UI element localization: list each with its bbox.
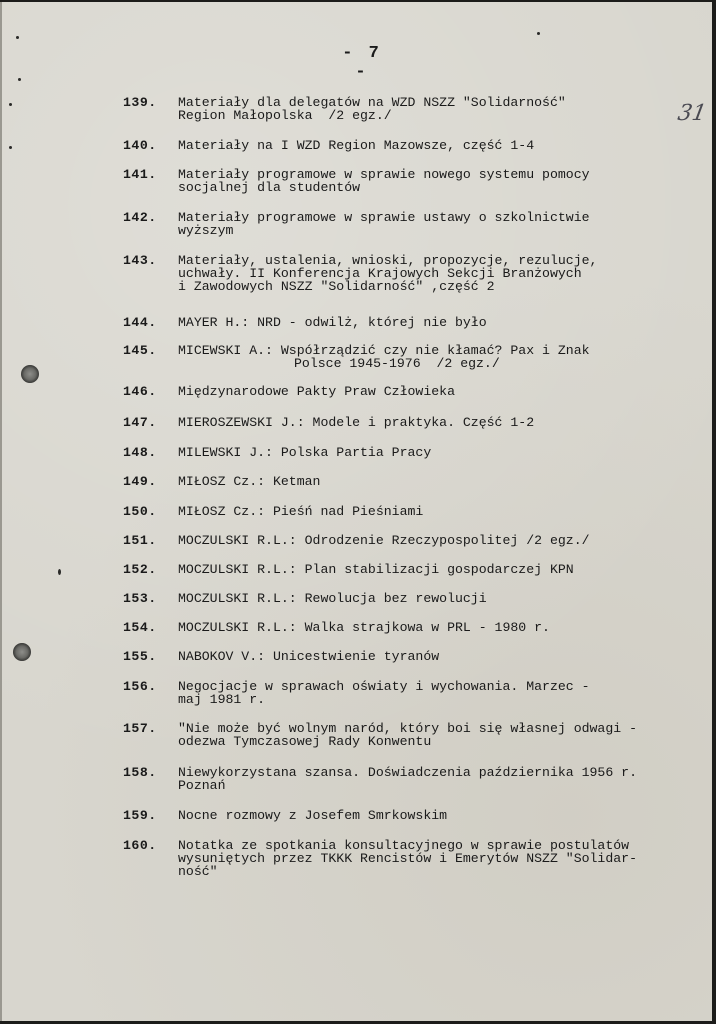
entry-line: MOCZULSKI R.L.: Walka strajkowa w PRL - … <box>178 621 716 634</box>
entry-title: Materiały programowe w sprawie ustawy o … <box>178 211 716 237</box>
entry-line: Polsce 1945-1976 /2 egz./ <box>178 357 716 370</box>
entry-title: MOCZULSKI R.L.: Rewolucja bez rewolucji <box>178 592 716 605</box>
entry-line: Nocne rozmowy z Josefem Smrkowskim <box>178 809 716 822</box>
entry-line: MOCZULSKI R.L.: Odrodzenie Rzeczypospoli… <box>178 534 716 547</box>
entry-title: MIŁOSZ Cz.: Ketman <box>178 475 716 488</box>
entry-line: Poznań <box>178 779 716 792</box>
entry-number: 154. <box>123 621 157 634</box>
entry-title: Negocjacje w sprawach oświaty i wychowan… <box>178 680 716 706</box>
speck <box>537 32 540 35</box>
entry-title: MIŁOSZ Cz.: Pieśń nad Pieśniami <box>178 505 716 518</box>
entry-line: Region Małopolska /2 egz./ <box>178 109 716 122</box>
entry-line: Międzynarodowe Pakty Praw Człowieka <box>178 385 716 398</box>
entry-number: 160. <box>123 839 157 852</box>
entry-number: 148. <box>123 446 157 459</box>
entry-title: MAYER H.: NRD - odwilż, której nie było <box>178 316 716 329</box>
entry-line: MILEWSKI J.: Polska Partia Pracy <box>178 446 716 459</box>
entry-title: Nocne rozmowy z Josefem Smrkowskim <box>178 809 716 822</box>
entry-number: 147. <box>123 416 157 429</box>
scanned-page: - 7 - 31 139.Materiały dla delegatów na … <box>0 2 712 1021</box>
entry-title: MOCZULSKI R.L.: Plan stabilizacji gospod… <box>178 563 716 576</box>
entry-number: 144. <box>123 316 157 329</box>
entry-number: 153. <box>123 592 157 605</box>
entry-number: 145. <box>123 344 157 357</box>
entry-title: Materiały programowe w sprawie nowego sy… <box>178 168 716 194</box>
entry-title: MOCZULSKI R.L.: Odrodzenie Rzeczypospoli… <box>178 534 716 547</box>
speck <box>58 569 61 575</box>
entry-number: 159. <box>123 809 157 822</box>
entry-number: 156. <box>123 680 157 693</box>
entry-line: i Zawodowych NSZZ "Solidarność" ,część 2 <box>178 280 716 293</box>
punch-hole-top <box>21 365 39 383</box>
entry-title: Materiały, ustalenia, wnioski, propozycj… <box>178 254 716 293</box>
speck <box>9 103 12 106</box>
entry-title: MILEWSKI J.: Polska Partia Pracy <box>178 446 716 459</box>
entry-line: MOCZULSKI R.L.: Rewolucja bez rewolucji <box>178 592 716 605</box>
entry-line: Materiały programowe w sprawie ustawy o … <box>178 211 716 224</box>
entry-line: NABOKOV V.: Unicestwienie tyranów <box>178 650 716 663</box>
entry-line: wysuniętych przez TKKK Rencistów i Emery… <box>178 852 716 865</box>
entry-number: 150. <box>123 505 157 518</box>
entry-line: MIŁOSZ Cz.: Pieśń nad Pieśniami <box>178 505 716 518</box>
speck <box>16 36 19 39</box>
punch-hole-bottom <box>13 643 31 661</box>
entry-title: Międzynarodowe Pakty Praw Człowieka <box>178 385 716 398</box>
entry-number: 158. <box>123 766 157 779</box>
entry-number: 146. <box>123 385 157 398</box>
entry-line: Materiały na I WZD Region Mazowsze, częś… <box>178 139 716 152</box>
entry-title: MIEROSZEWSKI J.: Modele i praktyka. Częś… <box>178 416 716 429</box>
speck <box>18 78 21 81</box>
entry-number: 155. <box>123 650 157 663</box>
entry-line: Niewykorzystana szansa. Doświadczenia pa… <box>178 766 716 779</box>
entry-number: 141. <box>123 168 157 181</box>
entry-line: ność" <box>178 865 716 878</box>
entry-number: 151. <box>123 534 157 547</box>
entry-number: 152. <box>123 563 157 576</box>
entry-title: Niewykorzystana szansa. Doświadczenia pa… <box>178 766 716 792</box>
entry-number: 143. <box>123 254 157 267</box>
entry-line: maj 1981 r. <box>178 693 716 706</box>
entry-title: MICEWSKI A.: Współrządzić czy nie kłamać… <box>178 344 716 370</box>
entry-title: Materiały na I WZD Region Mazowsze, częś… <box>178 139 716 152</box>
entry-number: 140. <box>123 139 157 152</box>
entry-title: "Nie może być wolnym naród, który boi si… <box>178 722 716 748</box>
entry-line: MIŁOSZ Cz.: Ketman <box>178 475 716 488</box>
entry-number: 142. <box>123 211 157 224</box>
entry-title: NABOKOV V.: Unicestwienie tyranów <box>178 650 716 663</box>
speck <box>9 146 12 149</box>
entry-line: odezwa Tymczasowej Rady Konwentu <box>178 735 716 748</box>
entry-line: socjalnej dla studentów <box>178 181 716 194</box>
entry-number: 149. <box>123 475 157 488</box>
entry-title: MOCZULSKI R.L.: Walka strajkowa w PRL - … <box>178 621 716 634</box>
entry-line: MOCZULSKI R.L.: Plan stabilizacji gospod… <box>178 563 716 576</box>
entry-title: Notatka ze spotkania konsultacyjnego w s… <box>178 839 716 878</box>
entry-line: MIEROSZEWSKI J.: Modele i praktyka. Częś… <box>178 416 716 429</box>
entry-title: Materiały dla delegatów na WZD NSZZ "Sol… <box>178 96 716 122</box>
entry-line: MAYER H.: NRD - odwilż, której nie było <box>178 316 716 329</box>
entry-number: 157. <box>123 722 157 735</box>
page-number: - 7 - <box>332 44 392 82</box>
entry-number: 139. <box>123 96 157 109</box>
entry-line: wyższym <box>178 224 716 237</box>
